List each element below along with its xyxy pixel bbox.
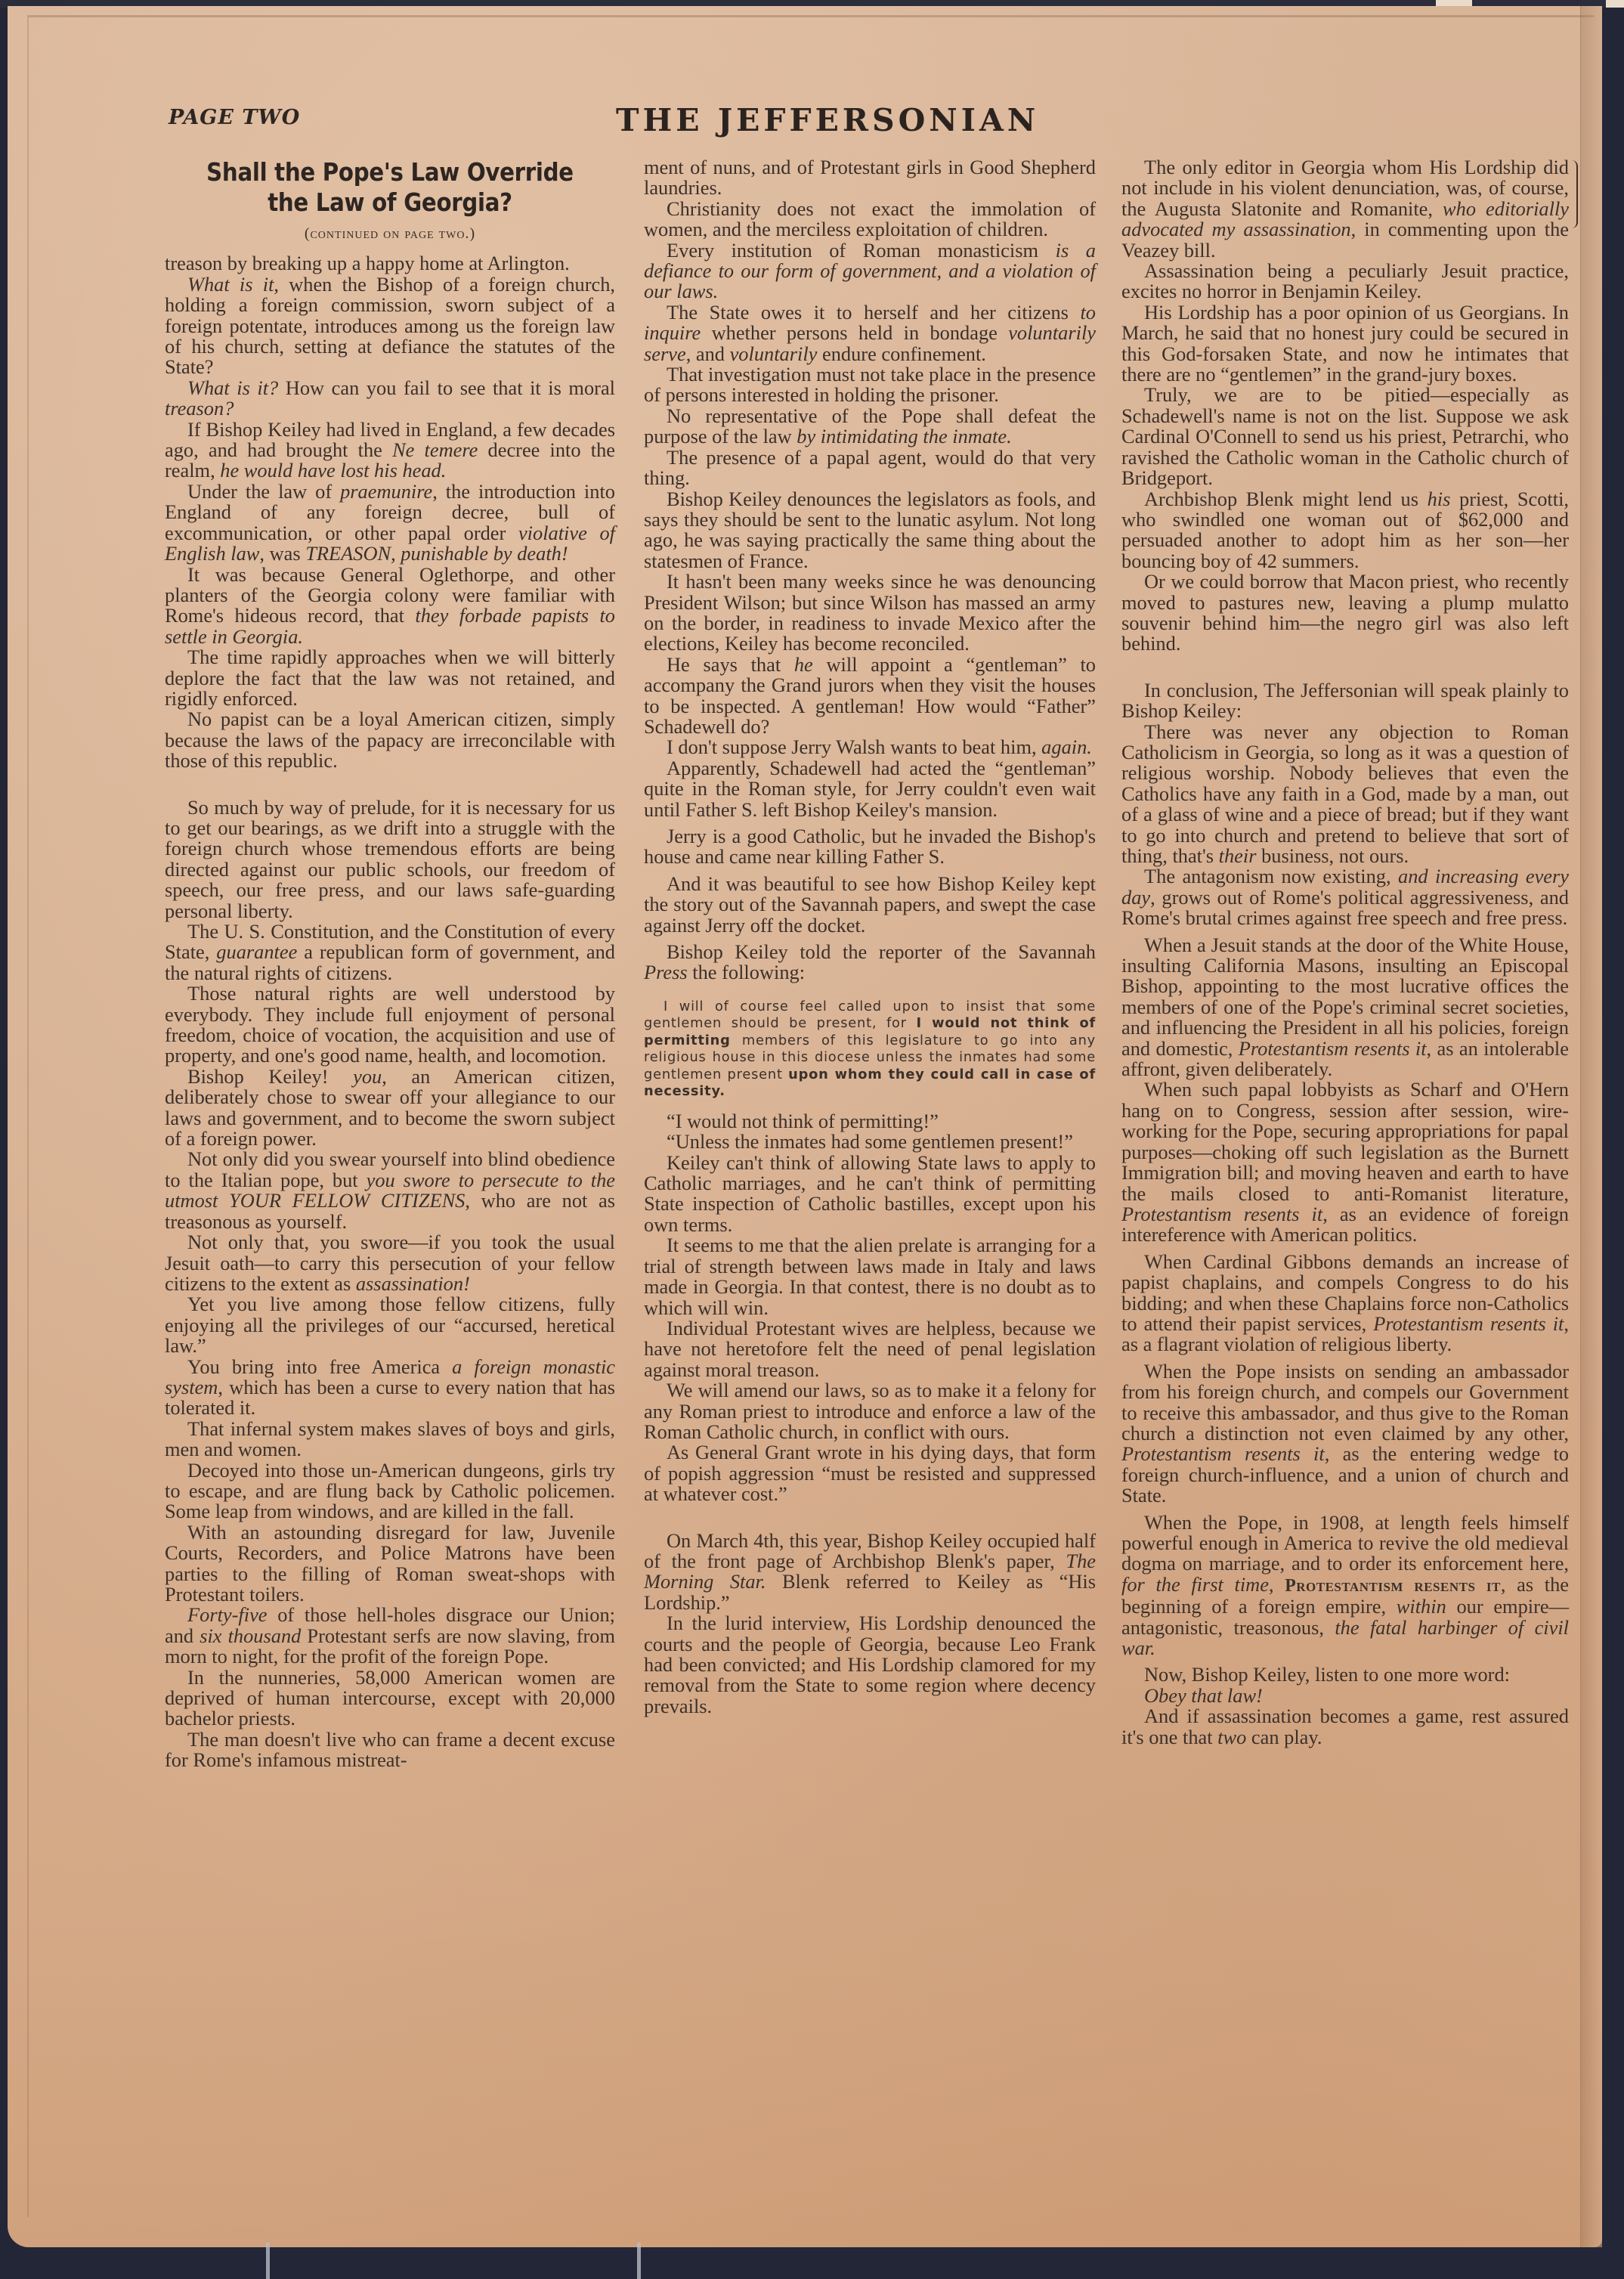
paragraph: When such papal lobbyists as Scharf and …: [1121, 1079, 1569, 1245]
paragraph: As General Grant wrote in his dying days…: [644, 1442, 1096, 1504]
paragraph: Individual Protestant wives are helpless…: [644, 1318, 1096, 1380]
paragraph: The U. S. Constitution, and the Constitu…: [165, 921, 615, 983]
paragraph: The State owes it to herself and her cit…: [644, 302, 1096, 364]
text-run: business, not ours.: [1257, 844, 1409, 867]
text-run: Christianity does not exact the immolati…: [644, 197, 1096, 240]
text-run: Protestantism resents it: [1121, 1203, 1322, 1225]
text-run: , grows out of Rome's political aggressi…: [1121, 886, 1569, 929]
text-run: Bishop Keiley!: [187, 1065, 353, 1088]
text-run: And it was beautiful to see how Bishop K…: [644, 872, 1096, 937]
text-run: When the Pope, in 1908, at length feels …: [1121, 1511, 1569, 1575]
ruler-mark: [637, 2243, 641, 2279]
text-run: Bishop Keiley told the reporter of the S…: [667, 940, 1096, 963]
text-run: his: [1428, 488, 1451, 510]
text-run: That infernal system makes slaves of boy…: [165, 1417, 615, 1460]
text-run: As General Grant wrote in his dying days…: [644, 1441, 1096, 1505]
text-run: Apparently, Schadewell had acted the “ge…: [644, 757, 1096, 821]
text-run: two: [1217, 1726, 1246, 1748]
paragraph: What is it? How can you fail to see that…: [165, 378, 615, 420]
paragraph: With an astounding disregard for law, Ju…: [165, 1522, 615, 1606]
paragraph: When a Jesuit stands at the door of the …: [1121, 935, 1569, 1080]
paragraph: Under the law of praemunire, the introdu…: [165, 482, 615, 565]
text-run: , was: [259, 542, 305, 565]
paragraph: Jerry is a good Catholic, but he invaded…: [644, 826, 1096, 868]
margin-bracket-mark: [1572, 160, 1578, 228]
column-right-body: The only editor in Georgia whom His Lord…: [1121, 157, 1569, 1748]
column-left: Shall the Pope's Law Override the Law of…: [165, 157, 615, 1771]
text-run: That investigation must not take place i…: [644, 363, 1096, 406]
continued-note: (continued on page two.): [165, 224, 615, 244]
text-run: Press: [644, 961, 688, 983]
text-run: Those natural rights are well understood…: [165, 982, 615, 1067]
text-run: by intimidating the inmate.: [797, 425, 1011, 447]
paragraph: Forty-five of those hell-holes disgrace …: [165, 1605, 615, 1667]
paragraph: Decoyed into those un-American dungeons,…: [165, 1460, 615, 1522]
paragraph: When Cardinal Gibbons demands an increas…: [1121, 1252, 1569, 1355]
paragraph: Bishop Keiley told the reporter of the S…: [644, 942, 1096, 983]
paragraph: Keiley can't think of allowing State law…: [644, 1153, 1096, 1236]
paragraph: Apparently, Schadewell had acted the “ge…: [644, 758, 1096, 820]
column-middle-body: ment of nuns, and of Protestant girls in…: [644, 157, 1096, 1717]
text-run: Yet you live among those fellow citizens…: [165, 1293, 615, 1357]
text-run: can play.: [1246, 1726, 1322, 1748]
text-run: , which has been a curse to every nation…: [165, 1376, 615, 1419]
text-run: Under the law of: [187, 480, 340, 503]
text-run: Or we could borrow that Macon priest, wh…: [1121, 570, 1569, 655]
text-run: The man doesn't live who can frame a dec…: [165, 1728, 615, 1771]
text-run: Forty-five: [187, 1603, 268, 1626]
text-run: treason?: [165, 397, 234, 420]
text-run: Keiley can't think of allowing State law…: [644, 1151, 1096, 1236]
paragraph: There was never any objection to Roman C…: [1121, 722, 1569, 867]
paragraph: He says that he will appoint a “gentlema…: [644, 655, 1096, 738]
paragraph: The antagonism now existing, and increas…: [1121, 866, 1569, 928]
paragraph: That investigation must not take place i…: [644, 364, 1096, 406]
text-run: he: [794, 653, 813, 676]
text-run: you: [353, 1065, 382, 1088]
text-run: The antagonism now existing,: [1144, 865, 1398, 887]
article-headline: Shall the Pope's Law Override the Law of…: [165, 157, 615, 218]
masthead-title: THE JEFFERSONIAN: [616, 102, 1039, 138]
text-run: ment of nuns, and of Protestant girls in…: [644, 156, 1096, 199]
text-run: praemunire: [340, 480, 432, 503]
text-run: His Lordship has a poor opinion of us Ge…: [1121, 301, 1569, 386]
column-middle: ment of nuns, and of Protestant girls in…: [644, 157, 1096, 1717]
text-run: What is it: [187, 273, 274, 296]
text-run: The State owes it to herself and her cit…: [667, 301, 1080, 324]
paragraph: Assassination being a peculiarly Jesuit …: [1121, 261, 1569, 302]
column-left-body: treason by breaking up a happy home at A…: [165, 253, 615, 1770]
text-run: How can you fail to see that it is moral: [278, 376, 615, 399]
paragraph: Not only that, you swore—if you took the…: [165, 1232, 615, 1294]
text-run: TREASON, punishable by death!: [305, 542, 568, 565]
text-run: Protestantism resents it: [1239, 1037, 1427, 1060]
text-run: again.: [1041, 735, 1092, 758]
text-run: for the first time: [1121, 1573, 1269, 1596]
text-run: In the lurid interview, His Lordship den…: [644, 1612, 1096, 1717]
paragraph: ment of nuns, and of Protestant girls in…: [644, 157, 1096, 199]
paragraph: The only editor in Georgia whom His Lord…: [1121, 157, 1569, 261]
text-run: No papist can be a loyal American citize…: [165, 708, 615, 772]
paragraph: “Unless the inmates had some gentlemen p…: [644, 1132, 1096, 1152]
ruler-mark: [266, 2243, 270, 2279]
paragraph: So much by way of prelude, for it is nec…: [165, 797, 615, 921]
paragraph: That infernal system makes slaves of boy…: [165, 1419, 615, 1460]
text-run: guarantee: [216, 940, 297, 963]
text-run: Every institution of Roman monasticism: [667, 239, 1056, 262]
paragraph: On March 4th, this year, Bishop Keiley o…: [644, 1531, 1096, 1614]
text-run: Individual Protestant wives are helpless…: [644, 1317, 1096, 1381]
paragraph: Those natural rights are well understood…: [165, 983, 615, 1067]
paragraph: Or we could borrow that Macon priest, wh…: [1121, 571, 1569, 655]
text-run: The time rapidly approaches when we will…: [165, 646, 615, 710]
text-run: voluntarily: [730, 342, 818, 365]
paragraph: Every institution of Roman monasticism i…: [644, 240, 1096, 302]
text-run: Ne temere: [392, 438, 478, 461]
paragraph: The time rapidly approaches when we will…: [165, 647, 615, 709]
text-run: Protestantism resents it: [1285, 1576, 1501, 1596]
text-run: In the nunneries, 58,000 American women …: [165, 1666, 615, 1730]
page-fold: [1580, 6, 1602, 2247]
paragraph: Archbishop Blenk might lend us his pries…: [1121, 489, 1569, 572]
paragraph: It seems to me that the alien prelate is…: [644, 1235, 1096, 1318]
paragraph: It was because General Oglethorpe, and o…: [165, 565, 615, 648]
paper-tab: [1606, 0, 1624, 8]
text-run: I don't suppose Jerry Walsh wants to bea…: [667, 735, 1041, 758]
paragraph: treason by breaking up a happy home at A…: [165, 253, 615, 274]
text-run: whether persons held in bondage: [701, 321, 1008, 344]
scan-background: PAGE TWO THE JEFFERSONIAN Shall the Pope…: [0, 0, 1624, 2279]
paragraph: “I would not think of permitting!”: [644, 1111, 1096, 1132]
text-run: their: [1219, 844, 1257, 867]
column-right: The only editor in Georgia whom His Lord…: [1121, 157, 1569, 1748]
text-run: When such papal lobbyists as Scharf and …: [1121, 1078, 1569, 1204]
paragraph: Bishop Keiley! you, an American citizen,…: [165, 1067, 615, 1150]
paragraph: Yet you live among those fellow citizens…: [165, 1294, 615, 1356]
text-run: endure confinement.: [817, 342, 986, 365]
text-run: Assassination being a peculiarly Jesuit …: [1121, 259, 1569, 302]
paragraph: The presence of a papal agent, would do …: [644, 447, 1096, 489]
paragraph: In the nunneries, 58,000 American women …: [165, 1667, 615, 1729]
page-number-label: PAGE TWO: [169, 106, 300, 129]
text-run: six thousand: [200, 1624, 301, 1647]
text-run: In conclusion, The Jeffersonian will spe…: [1121, 679, 1569, 722]
text-run: Jerry is a good Catholic, but he invaded…: [644, 825, 1096, 868]
text-run: “Unless the inmates had some gentlemen p…: [667, 1130, 1073, 1153]
text-run: Decoyed into those un-American dungeons,…: [165, 1459, 615, 1523]
text-run: You bring into free America: [187, 1355, 452, 1378]
text-run: assassination!: [356, 1272, 470, 1295]
scanner-bed: [0, 2234, 1624, 2279]
text-run: It hasn't been many weeks since he was d…: [644, 570, 1096, 655]
paragraph: Now, Bishop Keiley, listen to one more w…: [1121, 1664, 1569, 1685]
text-run: Protestantism resents it: [1373, 1312, 1564, 1335]
text-run: Bishop Keiley denounces the legislators …: [644, 488, 1096, 572]
text-run: The presence of a papal agent, would do …: [644, 446, 1096, 489]
text-run: Archbishop Blenk might lend us: [1144, 488, 1428, 510]
paragraph: Truly, we are to be pitied—especially as…: [1121, 385, 1569, 488]
paragraph: In conclusion, The Jeffersonian will spe…: [1121, 680, 1569, 722]
paragraph: We will amend our laws, so as to make it…: [644, 1380, 1096, 1442]
paragraph: And it was beautiful to see how Bishop K…: [644, 874, 1096, 936]
text-run: So much by way of prelude, for it is nec…: [165, 796, 615, 922]
text-run: , and: [686, 342, 730, 365]
paragraph: His Lordship has a poor opinion of us Ge…: [1121, 302, 1569, 386]
text-run: within: [1397, 1595, 1446, 1618]
text-run: Protestantism resents it: [1121, 1442, 1325, 1465]
paragraph: The man doesn't live who can frame a dec…: [165, 1729, 615, 1771]
paragraph: Obey that law!: [1121, 1686, 1569, 1706]
paragraph: You bring into free America a foreign mo…: [165, 1357, 615, 1419]
text-run: What is it?: [187, 376, 278, 399]
paragraph: Not only did you swear yourself into bli…: [165, 1149, 615, 1232]
text-run: the following:: [688, 961, 805, 983]
paragraph: I don't suppose Jerry Walsh wants to bea…: [644, 737, 1096, 757]
paragraph: No representative of the Pope shall defe…: [644, 406, 1096, 447]
paragraph: Bishop Keiley denounces the legislators …: [644, 489, 1096, 572]
paragraph: When the Pope, in 1908, at length feels …: [1121, 1513, 1569, 1659]
headline-line-1: Shall the Pope's Law Override: [165, 157, 615, 187]
block-quote: I will of course feel called upon to ins…: [644, 999, 1096, 1101]
text-run: With an astounding disregard for law, Ju…: [165, 1521, 615, 1606]
text-run: Obey that law!: [1144, 1684, 1263, 1707]
paragraph: It hasn't been many weeks since he was d…: [644, 571, 1096, 655]
paragraph: When the Pope insists on sending an amba…: [1121, 1361, 1569, 1506]
text-run: We will amend our laws, so as to make it…: [644, 1379, 1096, 1443]
headline-line-2: the Law of Georgia?: [165, 187, 615, 218]
text-run: treason by breaking up a happy home at A…: [165, 252, 570, 274]
text-run: It seems to me that the alien prelate is…: [644, 1234, 1096, 1318]
text-run: Truly, we are to be pitied—especially as…: [1121, 383, 1569, 489]
text-run: Now, Bishop Keiley, listen to one more w…: [1144, 1663, 1510, 1686]
paragraph: In the lurid interview, His Lordship den…: [644, 1613, 1096, 1717]
text-run: ,: [1269, 1573, 1285, 1596]
text-run: And if assassination becomes a game, res…: [1121, 1705, 1569, 1748]
paragraph: Christianity does not exact the immolati…: [644, 199, 1096, 240]
paragraph: If Bishop Keiley had lived in England, a…: [165, 420, 615, 482]
text-run: “I would not think of permitting!”: [667, 1110, 939, 1132]
text-run: On March 4th, this year, Bishop Keiley o…: [644, 1529, 1096, 1572]
text-run: When the Pope insists on sending an amba…: [1121, 1360, 1569, 1445]
paragraph: What is it, when the Bishop of a foreign…: [165, 274, 615, 378]
text-run: he would have lost his head.: [220, 459, 446, 482]
text-run: He says that: [667, 653, 794, 676]
paragraph: No papist can be a loyal American citize…: [165, 709, 615, 771]
paragraph: And if assassination becomes a game, res…: [1121, 1706, 1569, 1748]
